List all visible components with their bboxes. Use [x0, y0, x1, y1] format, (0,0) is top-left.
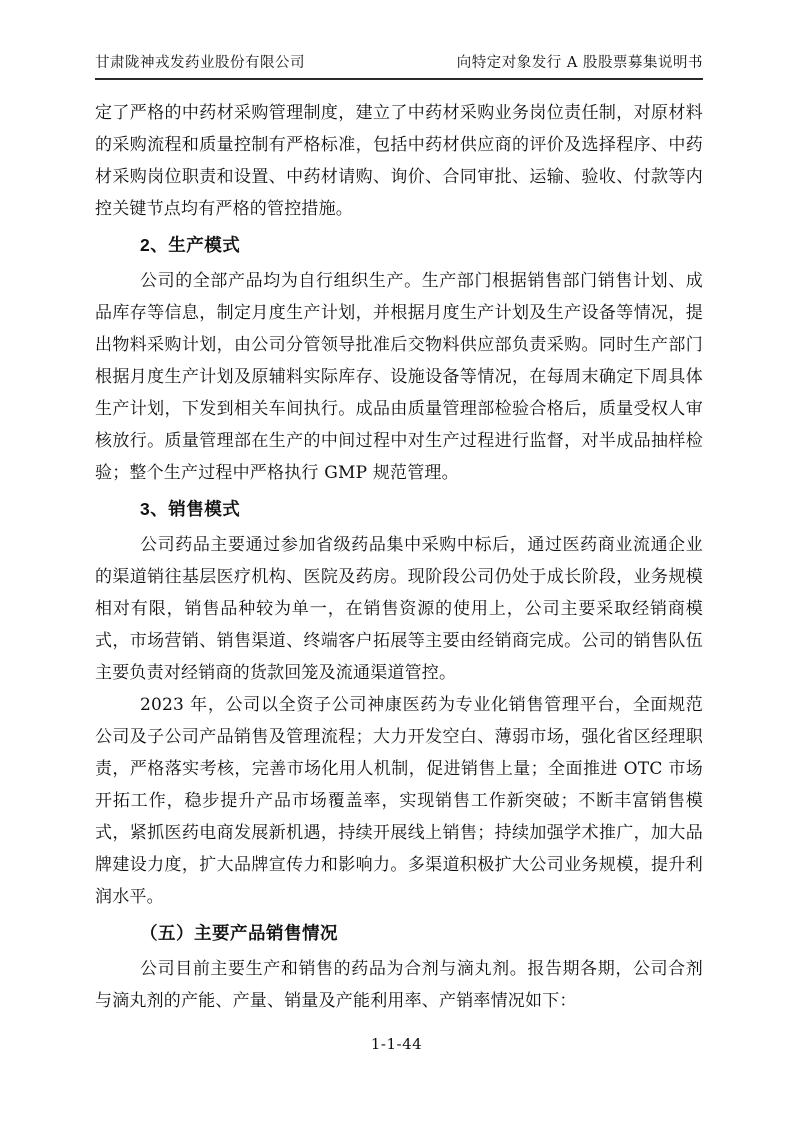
paragraph-production-model: 公司的全部产品均为自行组织生产。生产部门根据销售部门销售计划、成品库存等信息，制… — [95, 265, 703, 489]
page-number: 1-1-44 — [0, 1035, 793, 1053]
heading-main-product-sales: （五）主要产品销售情况 — [95, 917, 703, 949]
header-document-title: 向特定对象发行 A 股股票募集说明书 — [457, 52, 703, 74]
paragraph-2023-sales-platform: 2023 年，公司以全资子公司神康医药为专业化销售管理平台，全面规范公司及子公司… — [95, 689, 703, 913]
document-body: 定了严格的中药材采购管理制度，建立了中药材采购业务岗位责任制，对原材料的采购流程… — [95, 97, 703, 1017]
paragraph-procurement-controls: 定了严格的中药材采购管理制度，建立了中药材采购业务岗位责任制，对原材料的采购流程… — [95, 97, 703, 225]
heading-production-model: 2、生产模式 — [95, 229, 703, 261]
header-company-name: 甘肃陇神戎发药业股份有限公司 — [95, 52, 305, 74]
paragraph-sales-model: 公司药品主要通过参加省级药品集中采购中标后，通过医药商业流通企业的渠道销往基层医… — [95, 529, 703, 689]
heading-sales-model: 3、销售模式 — [95, 493, 703, 525]
page-header: 甘肃陇神戎发药业股份有限公司 向特定对象发行 A 股股票募集说明书 — [95, 0, 703, 80]
paragraph-main-products: 公司目前主要生产和销售的药品为合剂与滴丸剂。报告期各期，公司合剂与滴丸剂的产能、… — [95, 953, 703, 1017]
document-page: 甘肃陇神戎发药业股份有限公司 向特定对象发行 A 股股票募集说明书 定了严格的中… — [0, 0, 793, 1122]
